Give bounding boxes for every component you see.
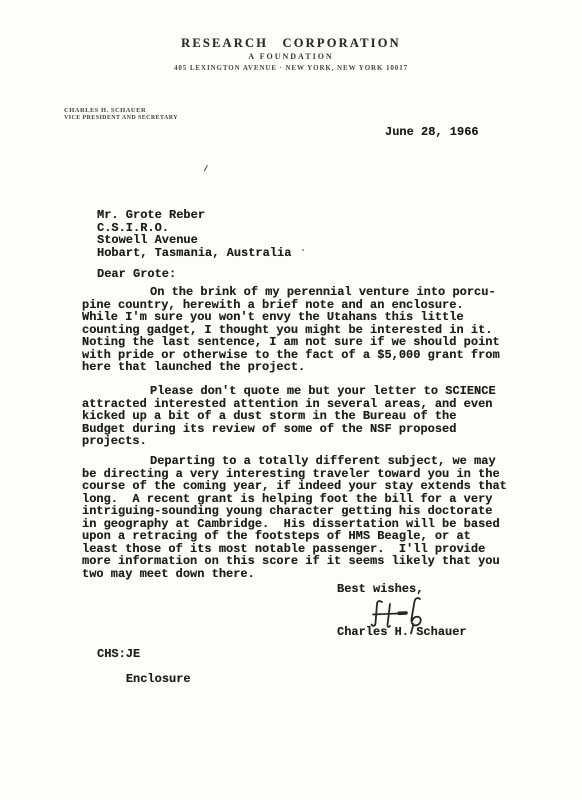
officer-name: CHARLES H. SCHAUER — [64, 107, 178, 115]
body-paragraph-1: On the brink of my perennial venture int… — [82, 286, 552, 374]
recipient-address: Mr. Grote Reber C.S.I.R.O. Stowell Avenu… — [97, 209, 291, 259]
stray-ink-dot — [302, 249, 304, 251]
body-paragraph-3: Departing to a totally different subject… — [82, 455, 552, 580]
reference-initials: CHS:JE — [97, 647, 140, 661]
letterhead-tagline: A FOUNDATION — [0, 52, 582, 61]
stray-ink-mark — [204, 165, 213, 174]
body-paragraph-2: Please don't quote me but your letter to… — [82, 385, 552, 448]
salutation: Dear Grote: — [97, 268, 176, 281]
valediction: Best wishes, — [337, 583, 423, 596]
officer-title: VICE PRESIDENT AND SECRETARY — [64, 115, 178, 122]
letter-page: RESEARCH CORPORATION A FOUNDATION 405 LE… — [0, 0, 582, 800]
signature-typed-name: Charles H. Schauer — [337, 626, 467, 639]
reference-block: CHS:JE Enclosure — [97, 648, 191, 686]
letter-date: June 28, 1966 — [385, 126, 479, 139]
letterhead-organization: RESEARCH CORPORATION — [0, 36, 582, 51]
officer-block: CHARLES H. SCHAUER VICE PRESIDENT AND SE… — [64, 107, 178, 122]
enclosure-note: Enclosure — [126, 672, 191, 686]
letterhead-address: 405 LEXINGTON AVENUE · NEW YORK, NEW YOR… — [0, 64, 582, 72]
